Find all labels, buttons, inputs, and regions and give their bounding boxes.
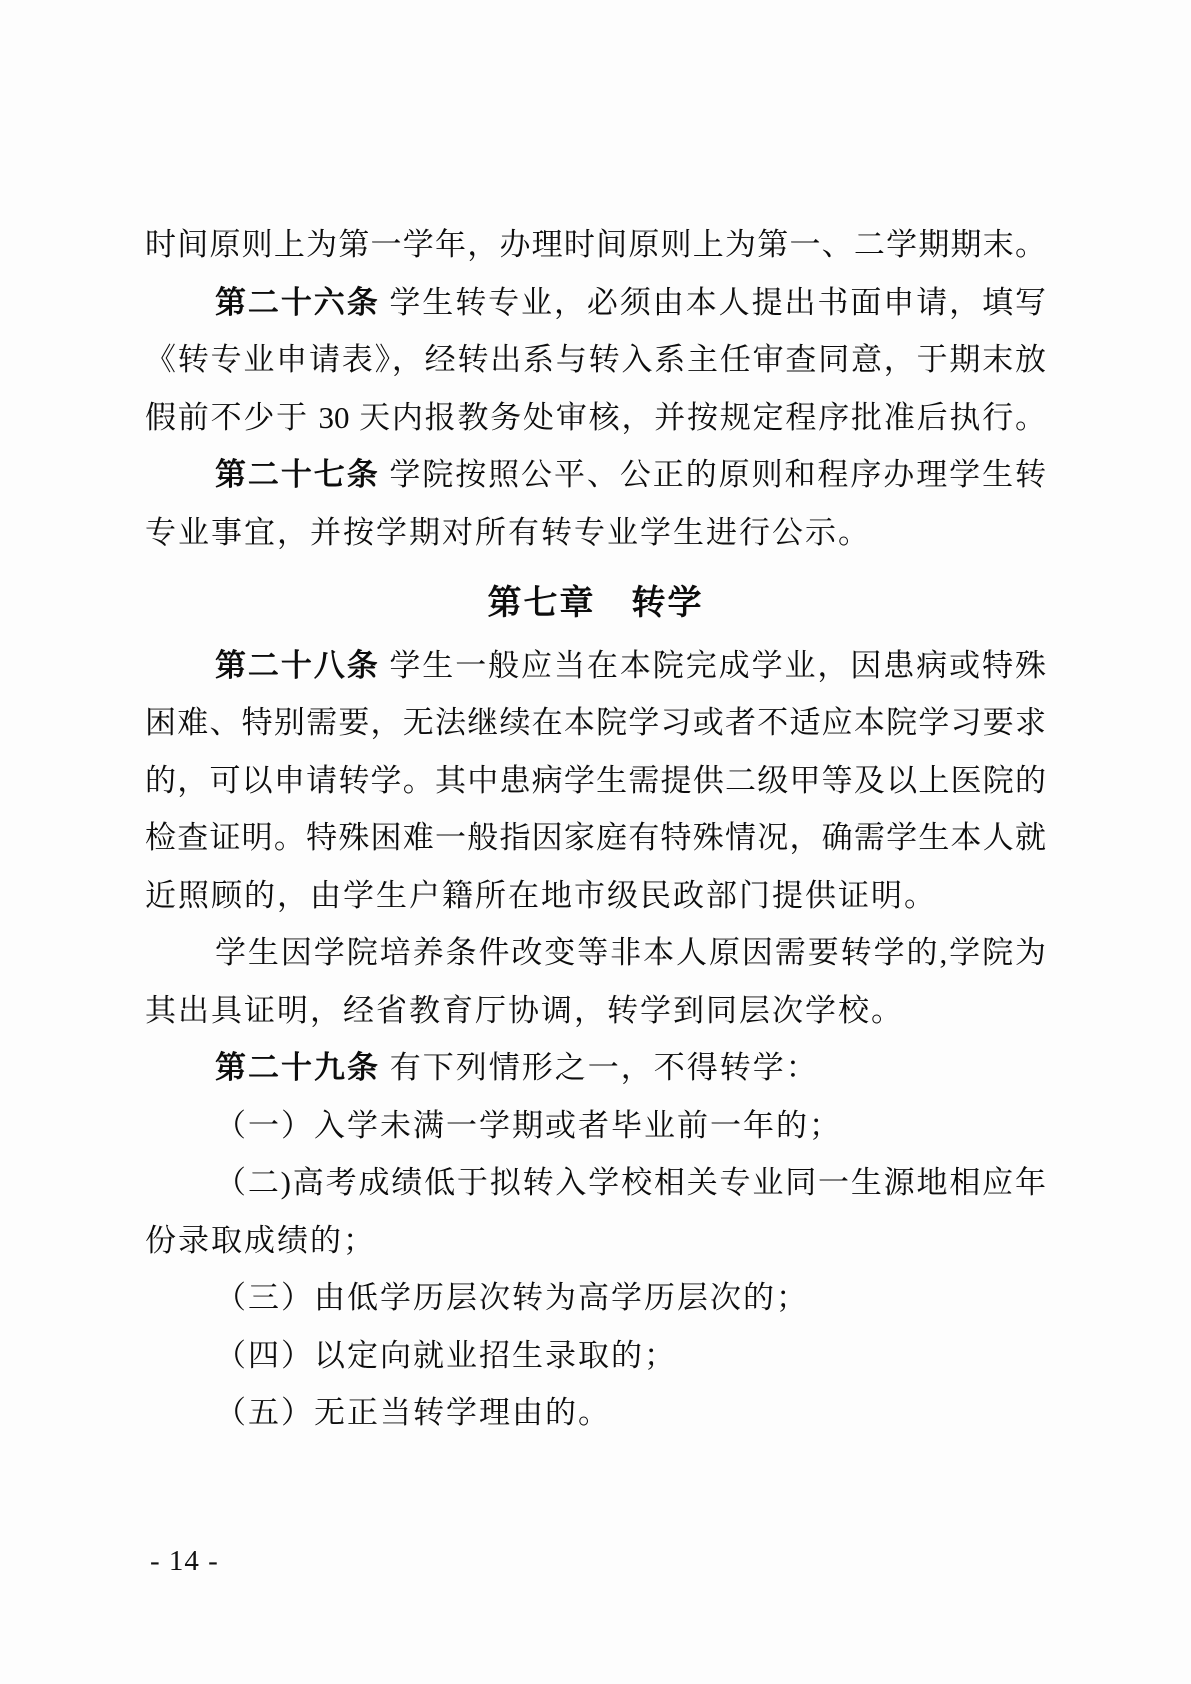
text-line: 《转专业申请表》，经转出系与转入系主任审查同意，于期末放 xyxy=(145,331,1046,389)
text-segment: 的，可以申请转学。其中患病学生需提供二级甲等及以上医院的 xyxy=(145,763,1046,798)
text-segment: 专业事宜，并按学期对所有转专业学生进行公示。 xyxy=(145,515,871,550)
text-line: 专业事宜，并按学期对所有转专业学生进行公示。 xyxy=(145,504,1046,562)
text-segment: 《转专业申请表》，经转出系与转入系主任审查同意，于期末放 xyxy=(145,342,1046,377)
article-number: 第二十九条 xyxy=(215,1050,380,1085)
text-segment: （一）入学未满一学期或者毕业前一年的； xyxy=(215,1108,842,1143)
text-line: 的，可以申请转学。其中患病学生需提供二级甲等及以上医院的 xyxy=(145,752,1046,810)
text-line: 第二十六条 学生转专业，必须由本人提出书面申请，填写 xyxy=(145,274,1046,332)
text-line: 近照顾的，由学生户籍所在地市级民政部门提供证明。 xyxy=(145,867,1046,925)
text-segment: 近照顾的，由学生户籍所在地市级民政部门提供证明。 xyxy=(145,878,937,913)
text-line: 第二十八条 学生一般应当在本院完成学业，因患病或特殊 xyxy=(145,637,1046,695)
article-number: 第二十八条 xyxy=(215,648,380,683)
text-segment: 有下列情形之一，不得转学： xyxy=(380,1050,819,1085)
article-number: 第七章 转学 xyxy=(488,585,704,622)
text-line: 学生因学院培养条件改变等非本人原因需要转学的,学院为 xyxy=(145,924,1046,982)
article-number: 第二十六条 xyxy=(215,285,380,320)
text-line: （一）入学未满一学期或者毕业前一年的； xyxy=(145,1097,1046,1155)
text-segment: （二)高考成绩低于拟转入学校相关专业同一生源地相应年 xyxy=(215,1165,1046,1200)
text-segment: 学生因学院培养条件改变等非本人原因需要转学的,学院为 xyxy=(215,935,1046,970)
text-segment: 检查证明。特殊困难一般指因家庭有特殊情况，确需学生本人就 xyxy=(145,820,1046,855)
text-line: 第二十七条 学院按照公平、公正的原则和程序办理学生转 xyxy=(145,446,1046,504)
text-line: 第二十九条 有下列情形之一，不得转学： xyxy=(145,1039,1046,1097)
text-segment: 时间原则上为第一学年，办理时间原则上为第一、二学期期末。 xyxy=(145,227,1046,262)
text-segment: 假前不少于 30 天内报教务处审核，并按规定程序批准后执行。 xyxy=(145,400,1046,435)
text-block: 时间原则上为第一学年，办理时间原则上为第一、二学期期末。第二十六条 学生转专业，… xyxy=(145,216,1046,1442)
text-segment: 其出具证明，经省教育厅协调，转学到同层次学校。 xyxy=(145,993,904,1028)
text-segment: （四）以定向就业招生录取的； xyxy=(215,1338,677,1373)
text-line: 假前不少于 30 天内报教务处审核，并按规定程序批准后执行。 xyxy=(145,389,1046,447)
chapter-heading: 第七章 转学 xyxy=(145,575,1046,633)
document-page: { "page": { "number": "- 14 -", "backgro… xyxy=(0,0,1191,1684)
text-segment: 困难、特别需要，无法继续在本院学习或者不适应本院学习要求 xyxy=(145,705,1046,740)
text-segment: （五）无正当转学理由的。 xyxy=(215,1395,611,1430)
page-number: - 14 - xyxy=(150,1545,219,1578)
text-line: （二)高考成绩低于拟转入学校相关专业同一生源地相应年 xyxy=(145,1154,1046,1212)
text-line: 检查证明。特殊困难一般指因家庭有特殊情况，确需学生本人就 xyxy=(145,809,1046,867)
text-segment: 学院按照公平、公正的原则和程序办理学生转 xyxy=(380,457,1046,492)
text-segment: 学生一般应当在本院完成学业，因患病或特殊 xyxy=(380,648,1046,683)
article-number: 第二十七条 xyxy=(215,457,380,492)
text-segment: （三）由低学历层次转为高学历层次的； xyxy=(215,1280,809,1315)
text-line: 份录取成绩的； xyxy=(145,1212,1046,1270)
text-line: （四）以定向就业招生录取的； xyxy=(145,1327,1046,1385)
text-line: （三）由低学历层次转为高学历层次的； xyxy=(145,1269,1046,1327)
text-line: （五）无正当转学理由的。 xyxy=(145,1384,1046,1442)
text-segment: 学生转专业，必须由本人提出书面申请，填写 xyxy=(380,285,1046,320)
text-line: 困难、特别需要，无法继续在本院学习或者不适应本院学习要求 xyxy=(145,694,1046,752)
text-line: 其出具证明，经省教育厅协调，转学到同层次学校。 xyxy=(145,982,1046,1040)
text-line: 时间原则上为第一学年，办理时间原则上为第一、二学期期末。 xyxy=(145,216,1046,274)
text-segment: 份录取成绩的； xyxy=(145,1223,376,1258)
